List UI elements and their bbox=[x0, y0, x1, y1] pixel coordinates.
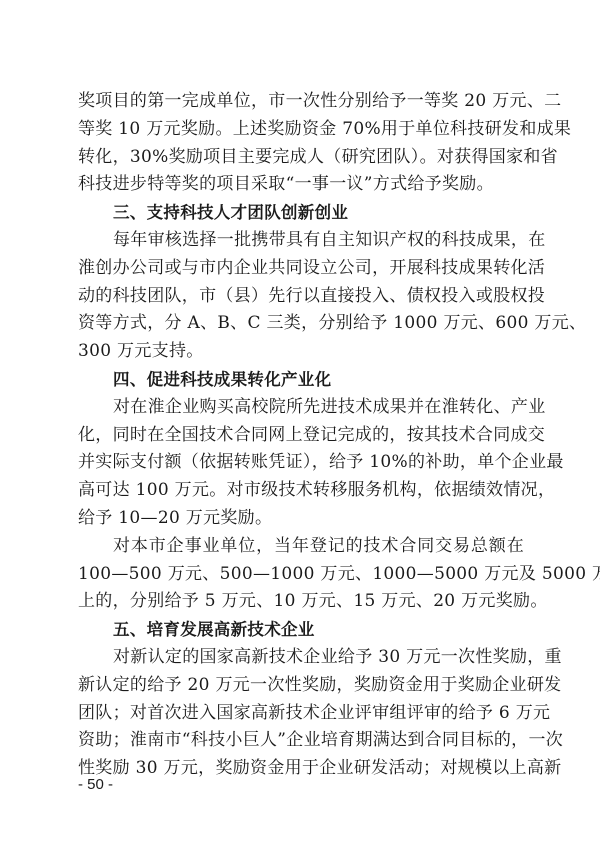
document-page: 奖项目的第一完成单位，市一次性分别给予一等奖 20 万元、二 等奖 10 万元奖… bbox=[0, 0, 600, 847]
text-line: 上的，分别给予 5 万元、10 万元、15 万元、20 万元奖励。 bbox=[78, 588, 524, 616]
text-line: 动的科技团队，市（县）先行以直接投入、债权投入或股权投 bbox=[78, 283, 524, 311]
text-line: 并实际支付额（依据转账凭证），给予 10%的补助，单个企业最 bbox=[78, 449, 524, 477]
section-heading-5: 五、培育发展高新技术企业 bbox=[78, 616, 524, 644]
text-line: 等奖 10 万元奖励。上述奖励资金 70%用于单位科技研发和成果 bbox=[78, 116, 524, 144]
text-line: 科技进步特等奖的项目采取“一事一议”方式给予奖励。 bbox=[78, 171, 524, 199]
text-line: 化，同时在全国技术合同网上登记完成的，按其技术合同成交 bbox=[78, 422, 524, 450]
text-line: 对本市企事业单位，当年登记的技术合同交易总额在 bbox=[78, 533, 524, 561]
text-line: 给予 10—20 万元奖励。 bbox=[78, 505, 524, 533]
text-line: 对新认定的国家高新技术企业给予 30 万元一次性奖励，重 bbox=[78, 644, 524, 672]
text-line: 资助；淮南市“科技小巨人”企业培育期满达到合同目标的，一次 bbox=[78, 727, 524, 755]
text-line: 淮创办公司或与市内企业共同设立公司，开展科技成果转化活 bbox=[78, 255, 524, 283]
text-line: 性奖励 30 万元，奖励资金用于企业研发活动；对规模以上高新 bbox=[78, 755, 524, 783]
section-heading-3: 三、支持科技人才团队创新创业 bbox=[78, 199, 524, 227]
section-heading-4: 四、促进科技成果转化产业化 bbox=[78, 366, 524, 394]
text-line: 高可达 100 万元。对市级技术转移服务机构，依据绩效情况， bbox=[78, 477, 524, 505]
text-line: 对在淮企业购买高校院所先进技术成果并在淮转化、产业 bbox=[78, 394, 524, 422]
page-number: - 50 - bbox=[78, 776, 113, 793]
text-line: 每年审核选择一批携带具有自主知识产权的科技成果，在 bbox=[78, 227, 524, 255]
text-line: 100—500 万元、500—1000 万元、1000—5000 万元及 500… bbox=[78, 561, 524, 589]
text-line: 团队；对首次进入国家高新技术企业评审组评审的给予 6 万元 bbox=[78, 700, 524, 728]
text-line: 300 万元支持。 bbox=[78, 338, 524, 366]
text-line: 奖项目的第一完成单位，市一次性分别给予一等奖 20 万元、二 bbox=[78, 88, 524, 116]
text-line: 转化，30%奖励项目主要完成人（研究团队）。对获得国家和省 bbox=[78, 144, 524, 172]
document-body: 奖项目的第一完成单位，市一次性分别给予一等奖 20 万元、二 等奖 10 万元奖… bbox=[78, 88, 524, 783]
text-line: 新认定的给予 20 万元一次性奖励，奖励资金用于奖励企业研发 bbox=[78, 672, 524, 700]
text-line: 资等方式，分 A、B、C 三类，分别给予 1000 万元、600 万元、 bbox=[78, 310, 524, 338]
